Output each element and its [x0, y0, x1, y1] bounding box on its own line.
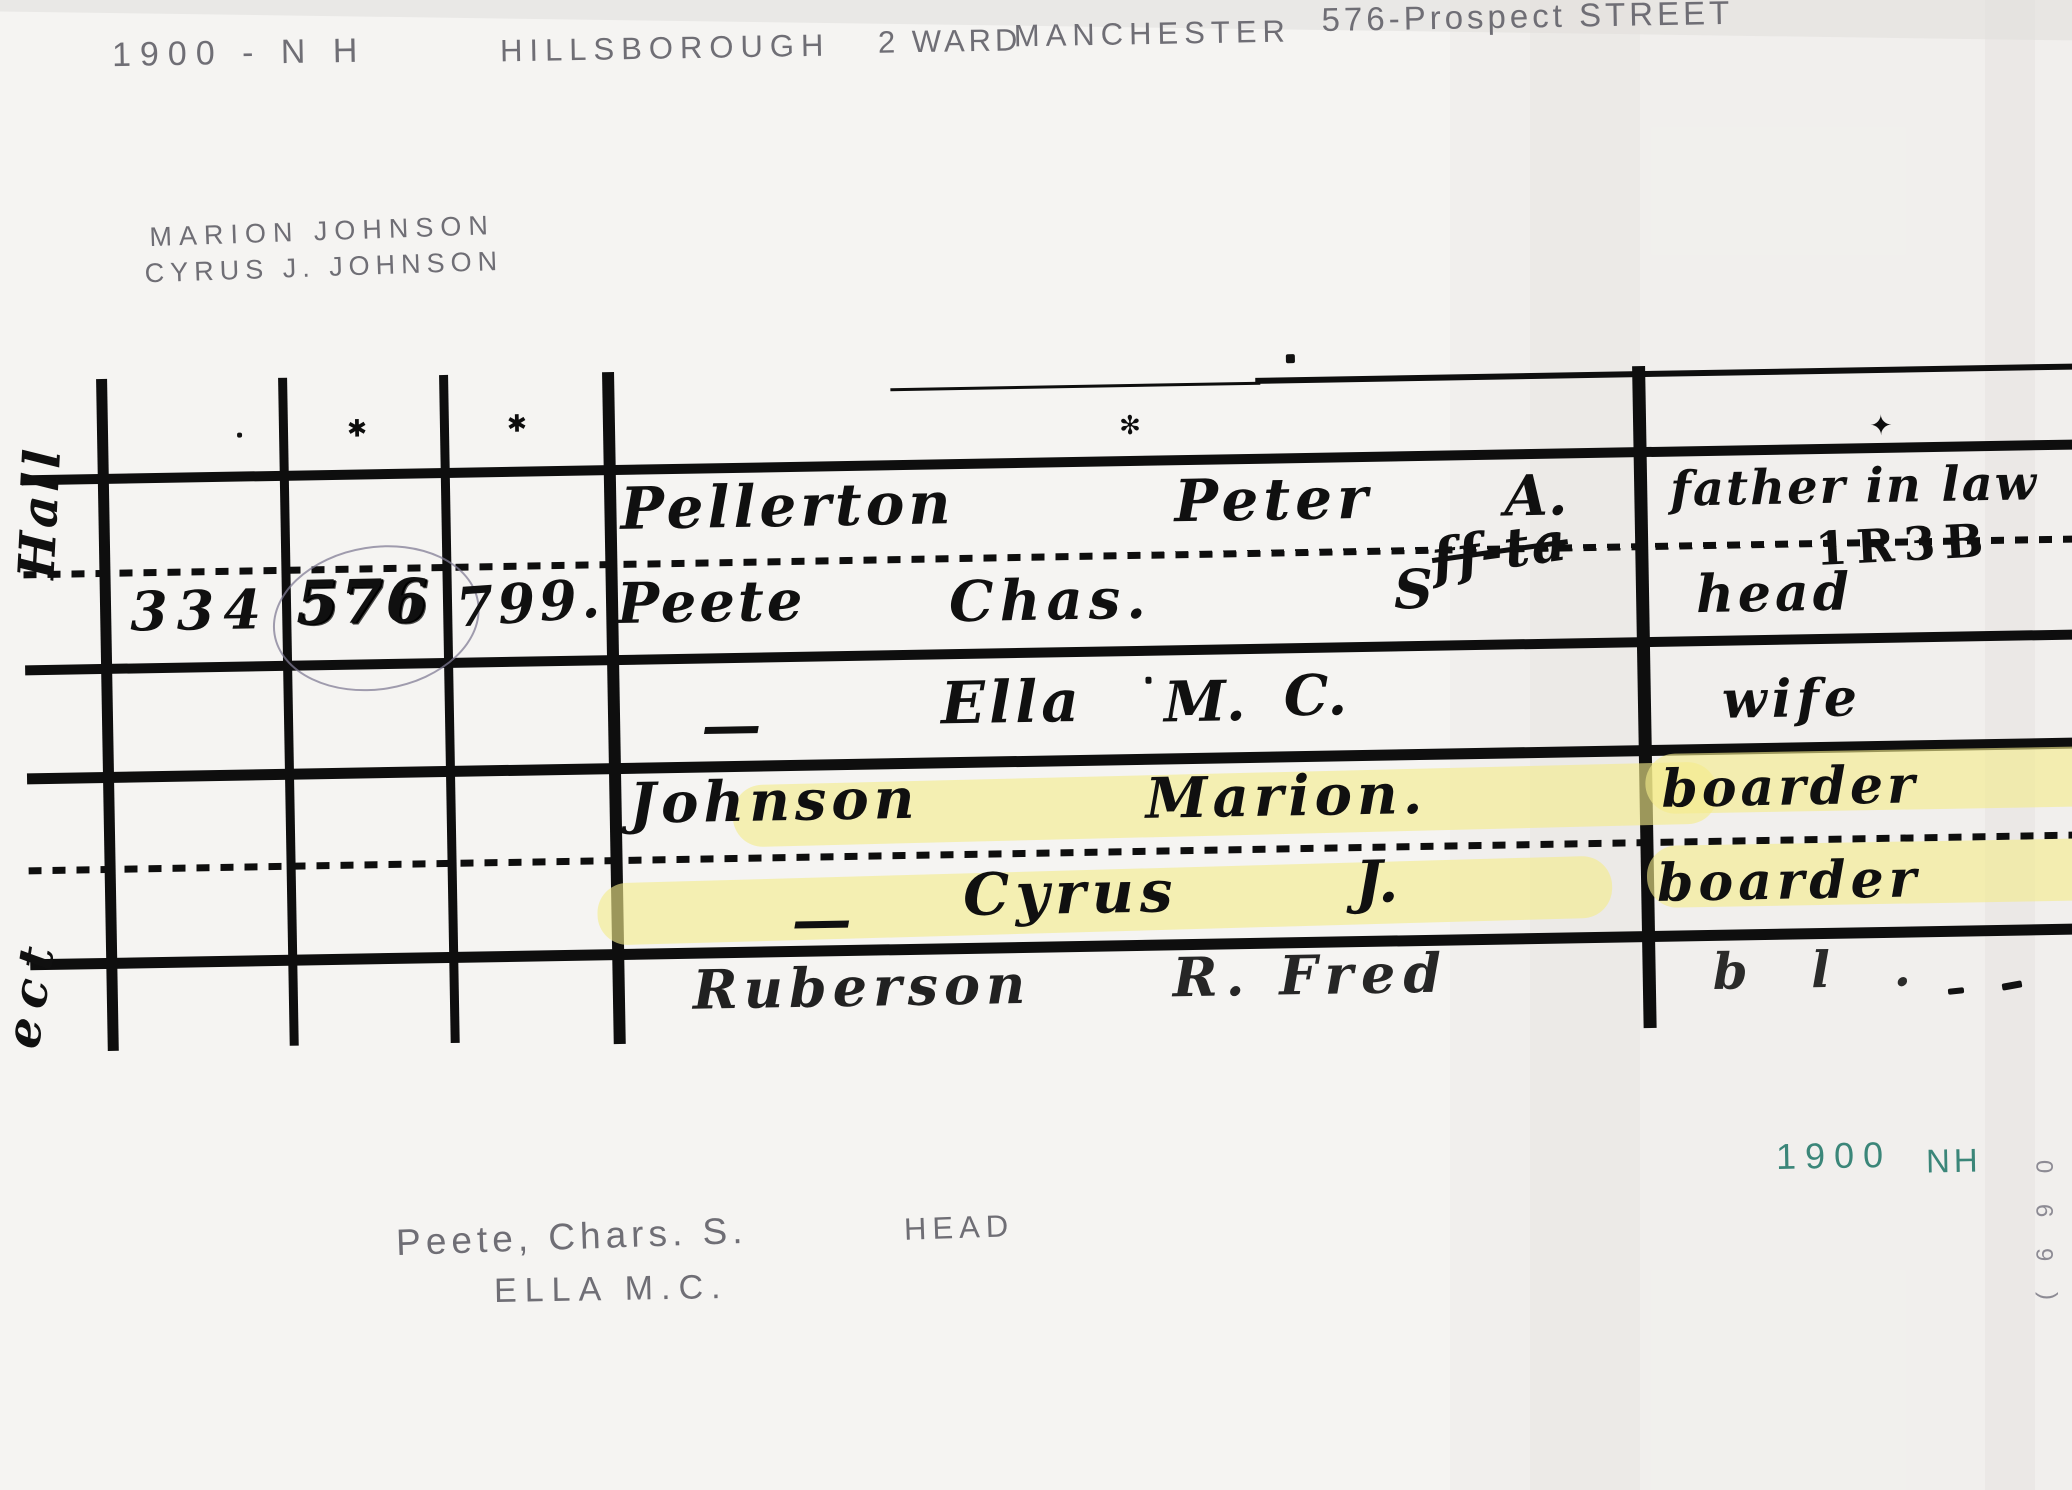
row2-dwelling-number: 334	[130, 582, 271, 638]
row2-relation: head	[1696, 566, 1854, 621]
row3-initial2: C.	[1283, 667, 1347, 724]
row6-relation: b l .	[1712, 943, 1911, 996]
row3-ditto-mark: —	[701, 696, 762, 757]
footer-name2: ELLA M.C.	[494, 1270, 729, 1308]
row5-given: Cyrus	[963, 862, 1179, 924]
column-header-mark: ✻	[1119, 413, 1141, 439]
scan-speckle	[1286, 354, 1295, 363]
footer-name: Peete, Chars. S.	[395, 1212, 748, 1261]
header-annotation: 1900 - N H HILLSBOROUGH 2 WARD MANCHESTE…	[0, 0, 2072, 108]
row2-overwrite-scribble: ff-ta	[1428, 513, 1571, 586]
column-header-mark: ✱	[507, 412, 528, 436]
row2-family-number: 576	[295, 571, 430, 633]
row2-given: Chas.	[949, 571, 1153, 631]
row2-initial: S	[1393, 562, 1433, 617]
row6-surname: Ruberson	[692, 957, 1031, 1017]
row1-relation: father in law	[1670, 459, 2039, 513]
census-table: ✱ ✱ ✻ ✦ Hall ect Pellerton Peter A. fath…	[40, 319, 2072, 1096]
header-street: 576-Prospect STREET	[1321, 0, 1733, 36]
footer-relation: HEAD	[903, 1210, 1014, 1245]
scan-speckle	[1145, 677, 1151, 684]
table-vrule-5	[1632, 366, 1657, 1028]
row4-relation: boarder	[1661, 759, 1919, 815]
header-ward: 2 WARD	[878, 24, 1022, 57]
scanned-census-document: { "header_annotation": { "date_state": "…	[0, 0, 2072, 1490]
row5-ditto-mark: —	[791, 890, 852, 951]
researcher-note-line1: MARION JOHNSON	[149, 212, 502, 251]
edge-vertical-note: ( 6 9 0	[2034, 1020, 2058, 1300]
margin-note-lower: ect	[0, 822, 81, 1052]
column-header-mark: ✱	[347, 416, 368, 440]
row3-given: Ella	[940, 672, 1083, 732]
table-hrule-top-thin	[890, 382, 1260, 391]
catalog-state: NH	[1926, 1144, 1982, 1178]
row4-surname: Johnson	[629, 771, 920, 832]
table-hrule-top-thin2	[1255, 362, 2072, 383]
row3-relation: wife	[1721, 672, 1862, 726]
row1-given: Peter	[1174, 469, 1373, 530]
researcher-note: MARION JOHNSON CYRUS J. JOHNSON	[149, 212, 504, 287]
catalog-year: 1900	[1776, 1137, 1893, 1175]
row2-surname: Peete	[617, 573, 806, 632]
row6-given: R. Fred	[1172, 946, 1449, 1005]
row5-relation: boarder	[1657, 853, 1922, 910]
row5-initial: J.	[1355, 852, 1399, 911]
column-header-mark: ✦	[1869, 412, 1893, 440]
header-city: MANCHESTER	[1014, 16, 1292, 52]
row3-initial: M.	[1163, 673, 1245, 730]
researcher-note-line2: CYRUS J. JOHNSON	[144, 248, 503, 287]
row2-line-number: 799.	[454, 570, 605, 634]
header-date-state: 1900 - N H	[112, 34, 367, 72]
header-county: HILLSBOROUGH	[500, 30, 831, 67]
margin-note-upper: Hall	[11, 343, 73, 580]
scan-speckle	[237, 433, 242, 438]
row4-given: Marion.	[1145, 766, 1428, 827]
row1-surname: Pellerton	[620, 474, 955, 538]
